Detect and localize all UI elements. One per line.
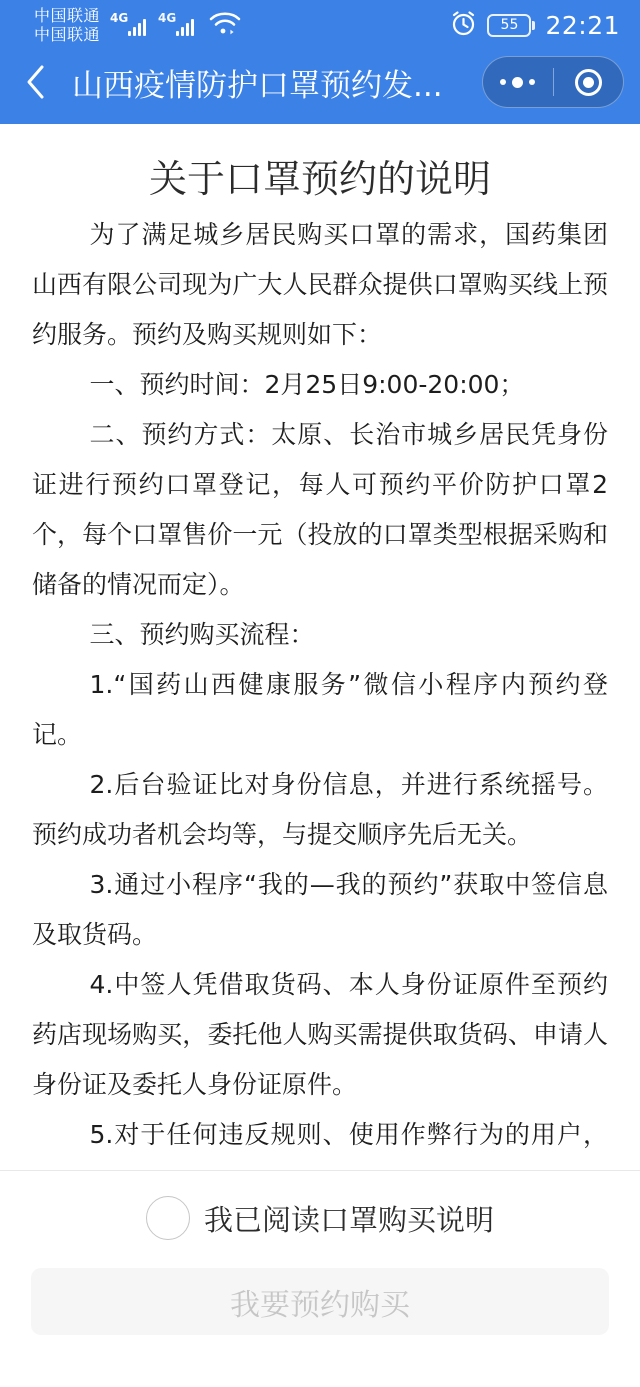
sim2-network-label: 4G (158, 11, 176, 25)
footer-panel: 我已阅读口罩购买说明 我要预约购买 (0, 1170, 640, 1387)
article-paragraph: 为了满足城乡居民购买口罩的需求，国药集团山西有限公司现为广大人民群众提供口罩购买… (32, 210, 608, 360)
status-bar: 中国联通 中国联通 4G 4G (0, 0, 640, 48)
agree-label: 我已阅读口罩购买说明 (204, 1198, 494, 1239)
carrier-sim1: 中国联通 (34, 6, 100, 25)
sim1-network-label: 4G (110, 11, 128, 25)
more-dots-icon (500, 79, 506, 85)
nav-bar: 山西疫情防护口罩预约发... (0, 48, 640, 124)
article-paragraph: 一、预约时间：2月25日9:00-20:00； (32, 360, 608, 410)
status-left: 中国联通 中国联通 4G 4G (34, 6, 242, 44)
wifi-icon (208, 8, 242, 42)
agree-row: 我已阅读口罩购买说明 (0, 1196, 640, 1240)
agree-checkbox[interactable] (146, 1196, 190, 1240)
signal-sim2-icon: 4G (158, 8, 196, 42)
article-paragraph: 4.中签人凭借取货码、本人身份证原件至预约药店现场购买，委托他人购买需提供取货码… (32, 960, 608, 1110)
carrier-sim2: 中国联通 (34, 25, 100, 44)
miniprogram-capsule (482, 56, 624, 108)
article-paragraph: 1.“国药山西健康服务”微信小程序内预约登记。 (32, 660, 608, 760)
target-circle-icon (575, 69, 602, 96)
top-bar: 中国联通 中国联通 4G 4G (0, 0, 640, 124)
article-paragraph: 3.通过小程序“我的—我的预约”获取中签信息及取货码。 (32, 860, 608, 960)
reserve-button-label: 我要预约购买 (230, 1280, 410, 1324)
carrier-labels: 中国联通 中国联通 (34, 6, 100, 44)
article-scroll-area[interactable]: 关于口罩预约的说明 为了满足城乡居民购买口罩的需求，国药集团山西有限公司现为广大… (0, 124, 640, 1170)
mini-program-screen: 中国联通 中国联通 4G 4G (0, 0, 640, 1387)
close-home-button[interactable] (554, 57, 624, 107)
article-paragraph: 2.后台验证比对身份信息，并进行系统摇号。预约成功者机会均等，与提交顺序先后无关… (32, 760, 608, 860)
status-right: 55 22:21 (450, 10, 620, 41)
battery-level: 55 (501, 18, 519, 32)
reserve-purchase-button[interactable]: 我要预约购买 (31, 1268, 609, 1335)
battery-icon: 55 (487, 14, 531, 37)
page-title: 关于口罩预约的说明 (32, 150, 608, 208)
alarm-icon (450, 10, 477, 41)
article-paragraph: 5.对于任何违反规则、使用作弊行为的用户，将取消预约资格，情节严重的，将追究法律… (32, 1110, 608, 1170)
article-paragraph: 二、预约方式：太原、长治市城乡居民凭身份证进行预约口罩登记，每人可预约平价防护口… (32, 410, 608, 610)
chevron-left-icon (24, 64, 46, 100)
signal-sim1-icon: 4G (110, 8, 148, 42)
more-button[interactable] (483, 57, 553, 107)
nav-title: 山西疫情防护口罩预约发... (72, 60, 482, 105)
back-button[interactable] (24, 62, 60, 102)
article-paragraph: 三、预约购买流程： (32, 610, 608, 660)
status-time: 22:21 (545, 11, 620, 40)
article-body: 为了满足城乡居民购买口罩的需求，国药集团山西有限公司现为广大人民群众提供口罩购买… (32, 210, 608, 1170)
